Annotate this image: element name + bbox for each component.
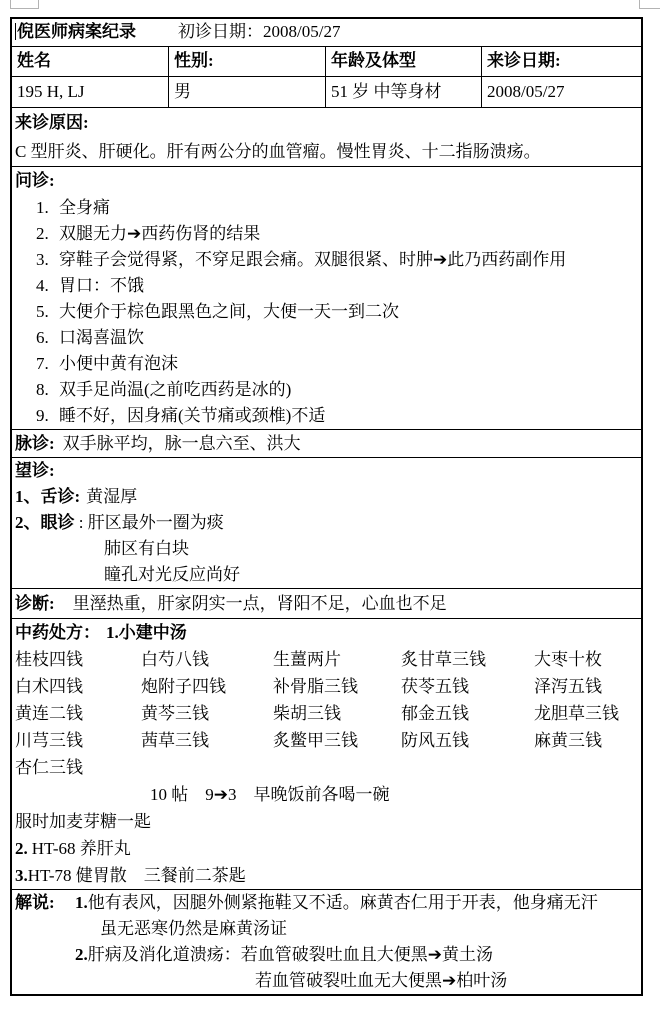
item-text: 穿鞋子会觉得紧，不穿足跟会痛。双腿很紧、时肿➔此乃西药副作用	[59, 250, 566, 269]
herb: 炮附子四钱	[141, 673, 273, 700]
serving-note: 服时加麦芽糖一匙	[15, 808, 638, 835]
herb: 炙甘草三钱	[401, 646, 534, 673]
herb: 茯苓五钱	[401, 673, 534, 700]
item-number: 2.	[36, 221, 59, 247]
inquiry-section: 问诊: 1.全身痛 2.双腿无力➔西药伤肾的结果 3.穿鞋子会觉得紧，不穿足跟会…	[12, 166, 641, 429]
item-number: 1.	[75, 893, 88, 912]
item-text: 全身痛	[59, 198, 110, 217]
visit-reason-section: 来诊原因: C 型肝炎、肝硬化。肝有两公分的血管瘤。慢性胃炎、十二指肠溃疡。	[12, 107, 641, 166]
prescription-header: 中药处方：1.小建中汤	[15, 619, 638, 646]
gender-header: 性别:	[174, 51, 214, 70]
diagnosis-text: 里溼热重，肝家阴实一点，肾阳不足，心血也不足	[73, 594, 447, 613]
item-text: 胃口：不饿	[59, 276, 144, 295]
item-number: 2.	[75, 945, 88, 964]
item-number: 6.	[36, 325, 59, 351]
visit-date-header: 来诊日期:	[487, 51, 561, 70]
item-text: HT-68 养肝丸	[32, 839, 131, 858]
eye-line: 2、眼诊 : 肝区最外一圈为痰	[15, 510, 638, 536]
list-item: 1.全身痛	[15, 195, 638, 221]
herb-row: 杏仁三钱	[15, 754, 638, 781]
record-title: 倪医师病案纪录	[17, 22, 136, 41]
eye-colon: :	[75, 513, 88, 532]
herb	[534, 754, 638, 781]
herb	[401, 754, 534, 781]
visit-date-header-cell: 来诊日期:	[481, 47, 641, 76]
list-item: 3.穿鞋子会觉得紧，不穿足跟会痛。双腿很紧、时肿➔此乃西药副作用	[15, 247, 638, 273]
herb	[141, 754, 273, 781]
herb: 黄芩三钱	[141, 700, 273, 727]
item-text: 大便介于棕色跟黑色之间，大便一天一到二次	[59, 302, 399, 321]
item-number: 4.	[36, 273, 59, 299]
list-item: 8.双手足尚温(之前吃西药是冰的)	[15, 377, 638, 403]
diagnosis-section: 诊断:里溼热重，肝家阴实一点，肾阳不足，心血也不足	[12, 588, 641, 618]
first-visit-date-label: 初诊日期：	[178, 22, 263, 41]
item-number: 1、	[15, 487, 41, 506]
gender-header-cell: 性别:	[168, 47, 325, 76]
explanation-line: 2.肝病及消化道溃疡：若血管破裂吐血且大便黑➔黄土汤	[75, 942, 638, 968]
age-header-cell: 年龄及体型	[325, 47, 481, 76]
visit-reason-label: 来诊原因:	[15, 113, 89, 132]
herb: 防风五钱	[401, 727, 534, 754]
observation-section: 望诊: 1、舌诊:黄湿厚 2、眼诊 : 肝区最外一圈为痰 肺区有白块 瞳孔对光反…	[12, 457, 641, 588]
item-text: 小便中黄有泡沫	[59, 354, 178, 373]
eye-label: 眼诊	[41, 513, 75, 532]
prescription-section: 中药处方：1.小建中汤 桂枝四钱白芍八钱生薑两片炙甘草三钱大枣十枚 白术四钱炮附…	[12, 618, 641, 889]
herb-row: 川芎三钱茜草三钱炙鳖甲三钱防风五钱麻黄三钱	[15, 727, 638, 754]
name-header-cell: 姓名	[12, 47, 168, 76]
item-number: 7.	[36, 351, 59, 377]
herb: 大枣十枚	[534, 646, 638, 673]
patient-values-row: 195 H, LJ 男 51 岁 中等身材 2008/05/27	[12, 76, 641, 107]
prescription-item-3: 3.HT-78 健胃散 三餐前二茶匙	[15, 862, 638, 889]
pulse-label: 脉诊:	[15, 434, 55, 453]
age-header: 年龄及体型	[331, 51, 416, 70]
herb: 龙胆草三钱	[534, 700, 638, 727]
item-text: 双腿无力➔西药伤肾的结果	[59, 224, 260, 243]
list-item: 2.双腿无力➔西药伤肾的结果	[15, 221, 638, 247]
name-header: 姓名	[17, 51, 51, 70]
item-number: 3.	[15, 866, 28, 885]
title-row: 倪医师病案纪录初诊日期：2008/05/27	[12, 19, 641, 46]
medical-record-table: 倪医师病案纪录初诊日期：2008/05/27 姓名 性别: 年龄及体型 来诊日期…	[10, 17, 643, 996]
document-page: 倪医师病案纪录初诊日期：2008/05/27 姓名 性别: 年龄及体型 来诊日期…	[0, 0, 660, 1023]
herb: 白芍八钱	[141, 646, 273, 673]
herb: 郁金五钱	[401, 700, 534, 727]
age-value-cell: 51 岁 中等身材	[325, 77, 481, 107]
list-item: 7.小便中黄有泡沫	[15, 351, 638, 377]
explanation-section: 解说: 1.他有表风，因腿外侧紧拖鞋又不适。麻黄杏仁用于开表，他身痛无汗 虽无恶…	[12, 889, 641, 994]
list-item: 5.大便介于棕色跟黑色之间，大便一天一到二次	[15, 299, 638, 325]
list-item: 9.睡不好，因身痛(关节痛或颈椎)不适	[15, 403, 638, 429]
pulse-section: 脉诊:双手脉平均，脉一息六至、洪大	[12, 429, 641, 457]
herb: 泽泻五钱	[534, 673, 638, 700]
text-cursor	[15, 23, 16, 40]
item-number: 2.	[15, 839, 28, 858]
herb: 生薑两片	[273, 646, 401, 673]
herb: 杏仁三钱	[15, 754, 141, 781]
item-text: 他有表风，因腿外侧紧拖鞋又不适。麻黄杏仁用于开表，他身痛无汗	[88, 893, 598, 912]
pulse-text: 双手脉平均，脉一息六至、洪大	[63, 434, 301, 453]
visit-reason-text: C 型肝炎、肝硬化。肝有两公分的血管瘤。慢性胃炎、十二指肠溃疡。	[15, 137, 638, 166]
list-item: 6.口渴喜温饮	[15, 325, 638, 351]
herb: 补骨脂三钱	[273, 673, 401, 700]
herb: 炙鳖甲三钱	[273, 727, 401, 754]
item-text: HT-78 健胃散 三餐前二茶匙	[28, 866, 246, 885]
page-edge-artifact-right	[639, 0, 660, 9]
patient-header-row: 姓名 性别: 年龄及体型 来诊日期:	[12, 46, 641, 76]
herb: 麻黄三钱	[534, 727, 638, 754]
herb	[273, 754, 401, 781]
name-value-cell: 195 H, LJ	[12, 77, 168, 107]
herb: 川芎三钱	[15, 727, 141, 754]
observation-label: 望诊:	[15, 461, 55, 480]
explanation-line: 虽无恶寒仍然是麻黄汤证	[75, 916, 638, 942]
herb-row: 黄连二钱黄芩三钱柴胡三钱郁金五钱龙胆草三钱	[15, 700, 638, 727]
herb: 黄连二钱	[15, 700, 141, 727]
page-edge-artifact-left	[10, 0, 39, 9]
eye-text: 肝区最外一圈为痰	[88, 513, 224, 532]
tongue-line: 1、舌诊:黄湿厚	[15, 484, 638, 510]
herb: 茜草三钱	[141, 727, 273, 754]
first-visit-date-value: 2008/05/27	[263, 22, 340, 41]
explanation-line: 若血管破裂吐血无大便黑➔柏叶汤	[75, 968, 638, 994]
herb-row: 桂枝四钱白芍八钱生薑两片炙甘草三钱大枣十枚	[15, 646, 638, 673]
diagnosis-label: 诊断:	[15, 594, 55, 613]
explanation-line: 1.他有表风，因腿外侧紧拖鞋又不适。麻黄杏仁用于开表，他身痛无汗	[75, 890, 638, 916]
item-number: 5.	[36, 299, 59, 325]
item-number: 8.	[36, 377, 59, 403]
gender-value-cell: 男	[168, 77, 325, 107]
eye-line-2: 肺区有白块	[15, 536, 638, 562]
visit-date-value-cell: 2008/05/27	[481, 77, 641, 107]
inquiry-label: 问诊:	[15, 171, 55, 190]
item-text: 肝病及消化道溃疡：若血管破裂吐血且大便黑➔黄土汤	[88, 945, 493, 964]
tongue-label: 舌诊:	[41, 487, 81, 506]
prescription-item-2: 2.HT-68 养肝丸	[15, 835, 638, 862]
item-number: 3.	[36, 247, 59, 273]
item-number: 2、	[15, 513, 41, 532]
herb: 柴胡三钱	[273, 700, 401, 727]
dosage-instructions: 10 帖 9➔3 早晚饭前各喝一碗	[15, 781, 638, 808]
item-number: 1.	[36, 195, 59, 221]
list-item: 4.胃口：不饿	[15, 273, 638, 299]
eye-line-3: 瞳孔对光反应尚好	[15, 562, 638, 588]
item-text: 双手足尚温(之前吃西药是冰的)	[59, 380, 291, 399]
formula-name: 1.小建中汤	[106, 623, 187, 642]
herb: 桂枝四钱	[15, 646, 141, 673]
item-text: 睡不好，因身痛(关节痛或颈椎)不适	[59, 406, 325, 425]
tongue-text: 黄湿厚	[86, 487, 137, 506]
explanation-label: 解说:	[15, 893, 55, 912]
item-text: 口渴喜温饮	[59, 328, 144, 347]
herb: 白术四钱	[15, 673, 141, 700]
herb-row: 白术四钱炮附子四钱补骨脂三钱茯苓五钱泽泻五钱	[15, 673, 638, 700]
item-number: 9.	[36, 403, 59, 429]
prescription-label: 中药处方：	[15, 623, 100, 642]
